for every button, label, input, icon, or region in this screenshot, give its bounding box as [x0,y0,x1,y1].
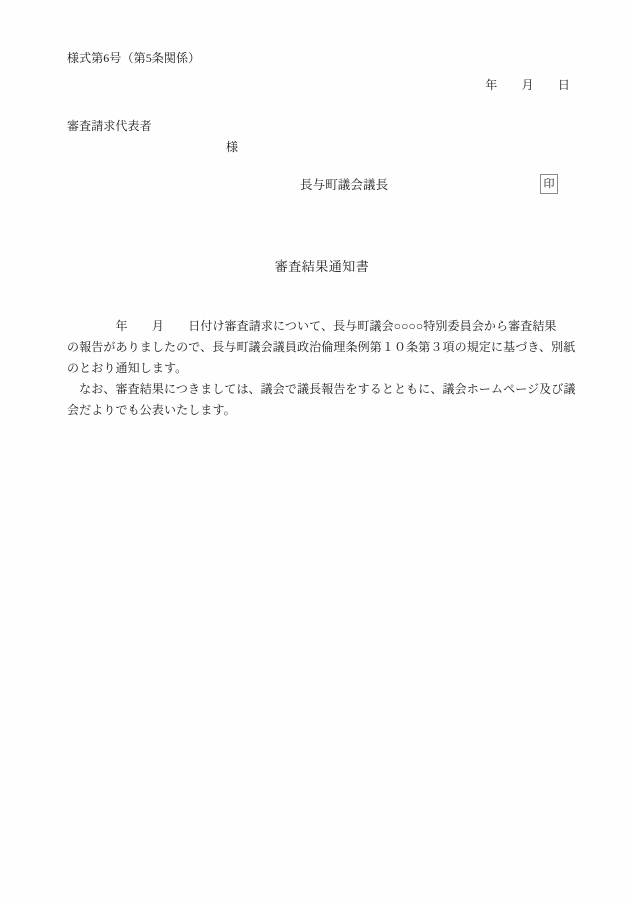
body-line: 年 月 日付け審査請求について、長与町議会○○○○特別委員会から審査結果 [67,316,583,337]
addressee-honorific: 様 [226,139,238,155]
form-number-label: 様式第6号（第5条関係） [67,50,200,66]
date-blank-line: 年 月 日 [485,77,570,93]
seal-placeholder-box: 印 [540,174,558,194]
body-line: の報告がありましたので、長与町議会議員政治倫理条例第１０条第３項の規定に基づき、… [67,337,583,358]
document-title: 審査結果通知書 [67,256,577,275]
document-page: 様式第6号（第5条関係） 年 月 日 審査請求代表者 様 長与町議会議長 印 審… [0,0,630,903]
body-line: のとおり通知します。 [67,358,583,379]
body-paragraphs: 年 月 日付け審査請求について、長与町議会○○○○特別委員会から審査結果 の報告… [67,316,583,421]
body-line: なお、審査結果につきましては、議会で議長報告をするとともに、議会ホームページ及び… [67,379,583,400]
body-line: 会だよりでも公表いたします。 [67,400,583,421]
addressee-label: 審査請求代表者 [67,118,152,134]
sender-title: 長与町議会議長 [300,177,388,193]
